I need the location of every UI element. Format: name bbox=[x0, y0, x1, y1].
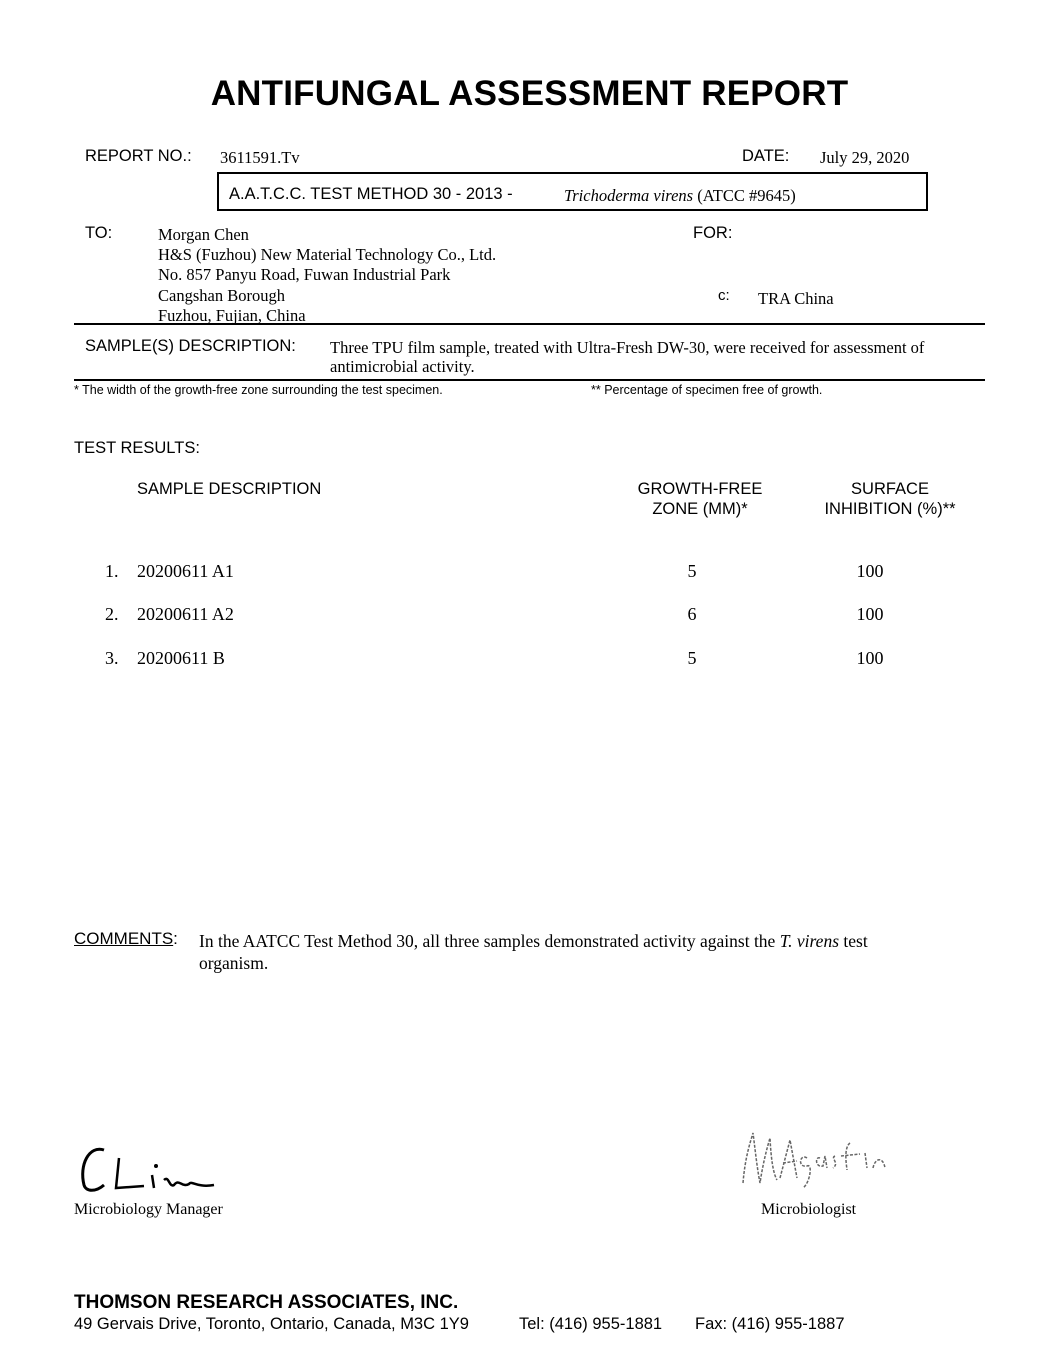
test-results-label: TEST RESULTS: bbox=[74, 439, 200, 458]
divider bbox=[74, 379, 985, 381]
to-address: Morgan Chen H&S (Fuzhou) New Material Te… bbox=[158, 225, 496, 326]
microbiologist-signature-icon bbox=[735, 1128, 915, 1193]
to-label: TO: bbox=[85, 224, 112, 243]
to-line: H&S (Fuzhou) New Material Technology Co.… bbox=[158, 245, 496, 265]
sample-description-text: Three TPU film sample, treated with Ultr… bbox=[330, 338, 924, 376]
row-number: 1. bbox=[105, 561, 119, 582]
test-method-label: A.A.T.C.C. TEST METHOD 30 - 2013 - bbox=[229, 185, 513, 204]
microbiologist-title: Microbiologist bbox=[761, 1201, 856, 1219]
date-value: July 29, 2020 bbox=[820, 148, 909, 168]
sample-description-line: Three TPU film sample, treated with Ultr… bbox=[330, 338, 924, 357]
row-sample: 20200611 B bbox=[137, 648, 225, 669]
row-inhibition: 100 bbox=[820, 561, 920, 582]
to-line: Morgan Chen bbox=[158, 225, 496, 245]
row-sample: 20200611 A2 bbox=[137, 604, 234, 625]
comments-label-text: COMMENTS bbox=[74, 929, 173, 948]
row-inhibition: 100 bbox=[820, 604, 920, 625]
to-line: Cangshan Borough bbox=[158, 286, 496, 306]
comments-colon: : bbox=[173, 929, 178, 948]
row-number: 3. bbox=[105, 648, 119, 669]
for-label: FOR: bbox=[693, 224, 732, 243]
comments-text-start: In the AATCC Test Method 30, all three s… bbox=[199, 931, 780, 951]
row-zone: 5 bbox=[642, 561, 742, 582]
comments-organism: T. virens bbox=[780, 931, 839, 951]
company-name: THOMSON RESEARCH ASSOCIATES, INC. bbox=[74, 1292, 458, 1314]
report-no-label: REPORT NO.: bbox=[85, 147, 192, 166]
test-organism: Trichoderma virens (ATCC #9645) bbox=[564, 186, 796, 206]
col-header-zone: GROWTH-FREE ZONE (MM)* bbox=[620, 479, 780, 519]
comments-label: COMMENTS: bbox=[74, 929, 178, 949]
comments-text-end: test bbox=[839, 931, 868, 951]
atcc-number: (ATCC #9645) bbox=[697, 186, 796, 205]
report-no-value: 3611591.Tv bbox=[220, 148, 300, 168]
sample-description-line: antimicrobial activity. bbox=[330, 357, 924, 376]
divider bbox=[74, 323, 985, 325]
cc-label: c: bbox=[718, 287, 730, 304]
col-header-inhibition-line: INHIBITION (%)** bbox=[810, 499, 970, 519]
cc-value: TRA China bbox=[758, 289, 834, 309]
company-phone: Tel: (416) 955-1881 bbox=[519, 1315, 662, 1334]
col-header-sample: SAMPLE DESCRIPTION bbox=[137, 479, 321, 499]
comments-text: In the AATCC Test Method 30, all three s… bbox=[199, 930, 868, 974]
manager-title: Microbiology Manager bbox=[74, 1201, 223, 1219]
date-label: DATE: bbox=[742, 147, 789, 166]
to-line: No. 857 Panyu Road, Fuwan Industrial Par… bbox=[158, 265, 496, 285]
row-inhibition: 100 bbox=[820, 648, 920, 669]
row-zone: 6 bbox=[642, 604, 742, 625]
company-address: 49 Gervais Drive, Toronto, Ontario, Cana… bbox=[74, 1315, 469, 1334]
col-header-zone-line: GROWTH-FREE bbox=[620, 479, 780, 499]
row-number: 2. bbox=[105, 604, 119, 625]
col-header-inhibition-line: SURFACE bbox=[810, 479, 970, 499]
report-title: ANTIFUNGAL ASSESSMENT REPORT bbox=[0, 74, 1059, 114]
footnote-inhibition: ** Percentage of specimen free of growth… bbox=[591, 383, 822, 397]
company-fax: Fax: (416) 955-1887 bbox=[695, 1315, 845, 1334]
organism-name: Trichoderma virens bbox=[564, 186, 693, 205]
col-header-zone-line: ZONE (MM)* bbox=[620, 499, 780, 519]
sample-description-label: SAMPLE(S) DESCRIPTION: bbox=[85, 337, 296, 356]
col-header-inhibition: SURFACE INHIBITION (%)** bbox=[810, 479, 970, 519]
row-zone: 5 bbox=[642, 648, 742, 669]
comments-text-line: organism. bbox=[199, 952, 868, 974]
manager-signature-icon bbox=[74, 1140, 234, 1200]
row-sample: 20200611 A1 bbox=[137, 561, 234, 582]
footnote-zone: * The width of the growth-free zone surr… bbox=[74, 383, 443, 397]
